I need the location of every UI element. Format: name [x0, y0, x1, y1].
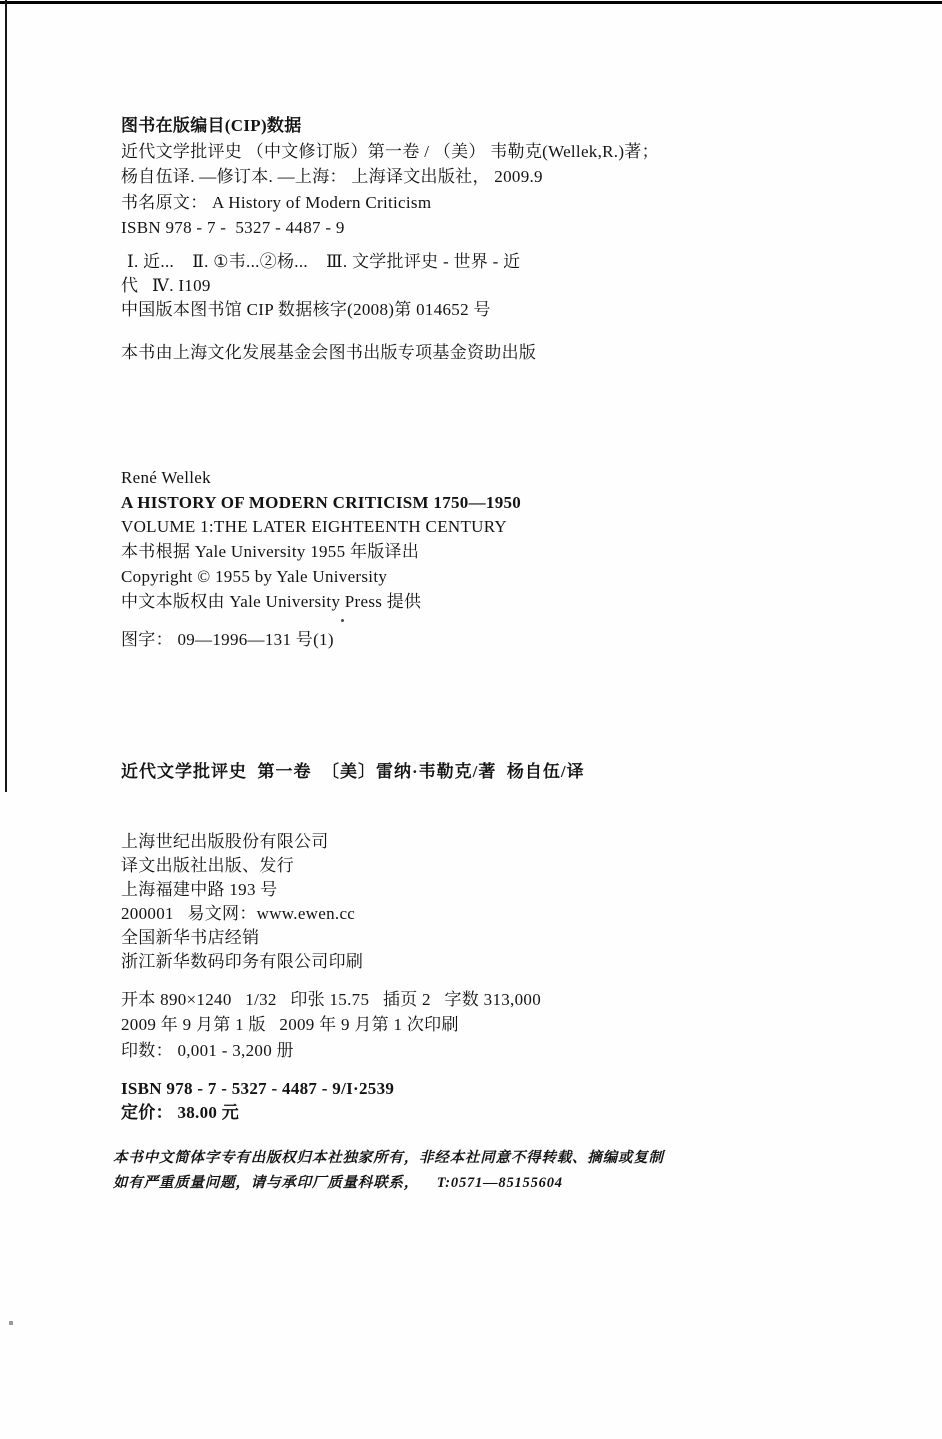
- original-edition-block: René Wellek A HISTORY OF MODERN CRITICIS…: [121, 466, 521, 614]
- cip-data-block: 图书在版编目(CIP)数据 近代文学批评史 （中文修订版）第一卷 / （美） 韦…: [121, 113, 659, 241]
- classification-line-1: Ⅰ. 近... Ⅱ. ①韦...②杨... Ⅲ. 文学批评史 - 世界 - 近: [121, 250, 520, 274]
- translation-source-line: 本书根据 Yale University 1955 年版译出: [121, 540, 521, 565]
- publisher-group-line: 上海世纪出版股份有限公司: [121, 830, 363, 854]
- cip-line-original-title: 书名原文： A History of Modern Criticism: [121, 190, 659, 216]
- cip-line-isbn: ISBN 978 - 7 - 5327 - 4487 - 9: [121, 215, 659, 241]
- rights-notice-line: 本书中文简体字专有出版权归本社独家所有，非经本社同意不得转载、摘编或复制: [113, 1146, 664, 1171]
- registration-block: 图字： 09—1996—131 号(1): [121, 628, 334, 652]
- book-title-line: 近代文学批评史 第一卷 〔美〕雷纳·韦勒克/著 杨自伍/译: [121, 760, 585, 784]
- isbn-price-block: ISBN 978 - 7 - 5327 - 4487 - 9/I·2539 定价…: [121, 1077, 394, 1125]
- isbn-line: ISBN 978 - 7 - 5327 - 4487 - 9/I·2539: [121, 1077, 394, 1101]
- print-run-line: 印数： 0,001 - 3,200 册: [121, 1038, 541, 1063]
- funding-block: 本书由上海文化发展基金会图书出版专项基金资助出版: [121, 341, 536, 365]
- legal-notice-block: 本书中文简体字专有出版权归本社独家所有，非经本社同意不得转载、摘编或复制 如有严…: [113, 1146, 664, 1196]
- scanned-copyright-page: 图书在版编目(CIP)数据 近代文学批评史 （中文修订版）第一卷 / （美） 韦…: [0, 0, 942, 1439]
- funding-line: 本书由上海文化发展基金会图书出版专项基金资助出版: [121, 341, 536, 365]
- classification-line-2: 代 Ⅳ. I109: [121, 274, 520, 298]
- copyright-line: Copyright © 1955 by Yale University: [121, 565, 521, 590]
- cip-header: 图书在版编目(CIP)数据: [121, 113, 659, 139]
- rights-provider-line: 中文本版权由 Yale University Press 提供: [121, 590, 521, 615]
- publisher-block: 上海世纪出版股份有限公司 译文出版社出版、发行 上海福建中路 193 号 200…: [121, 830, 363, 975]
- cip-registry-line: 中国版本图书馆 CIP 数据核字(2008)第 014652 号: [121, 298, 520, 322]
- scan-artifact-dot: [341, 619, 344, 622]
- classification-block: Ⅰ. 近... Ⅱ. ①韦...②杨... Ⅲ. 文学批评史 - 世界 - 近 …: [121, 250, 520, 322]
- postcode-website-line: 200001 易文网：www.ewen.cc: [121, 902, 363, 926]
- format-spec-line: 开本 890×1240 1/32 印张 15.75 插页 2 字数 313,00…: [121, 987, 541, 1012]
- publisher-address-line: 上海福建中路 193 号: [121, 878, 363, 902]
- printing-spec-block: 开本 890×1240 1/32 印张 15.75 插页 2 字数 313,00…: [121, 987, 541, 1063]
- distributor-line: 全国新华书店经销: [121, 926, 363, 950]
- registration-number-line: 图字： 09—1996—131 号(1): [121, 628, 334, 652]
- edition-date-line: 2009 年 9 月第 1 版 2009 年 9 月第 1 次印刷: [121, 1012, 541, 1037]
- quality-contact-line: 如有严重质量问题，请与承印厂质量科联系， T:0571—85155604: [113, 1171, 664, 1196]
- book-title-block: 近代文学批评史 第一卷 〔美〕雷纳·韦勒克/著 杨自伍/译: [121, 760, 585, 784]
- printer-line: 浙江新华数码印务有限公司印刷: [121, 950, 363, 974]
- publisher-name-line: 译文出版社出版、发行: [121, 854, 363, 878]
- author-name: René Wellek: [121, 466, 521, 491]
- cip-line-title: 近代文学批评史 （中文修订版）第一卷 / （美） 韦勒克(Wellek,R.)著…: [121, 139, 659, 165]
- scan-edge-top: [0, 1, 942, 4]
- volume-title: VOLUME 1:THE LATER EIGHTEENTH CENTURY: [121, 515, 521, 540]
- scan-edge-left: [5, 0, 7, 792]
- price-line: 定价： 38.00 元: [121, 1101, 394, 1125]
- english-title: A HISTORY OF MODERN CRITICISM 1750—1950: [121, 491, 521, 516]
- cip-line-translator: 杨自伍译. —修订本. —上海： 上海译文出版社， 2009.9: [121, 164, 659, 190]
- scan-artifact-dot: [9, 1321, 13, 1325]
